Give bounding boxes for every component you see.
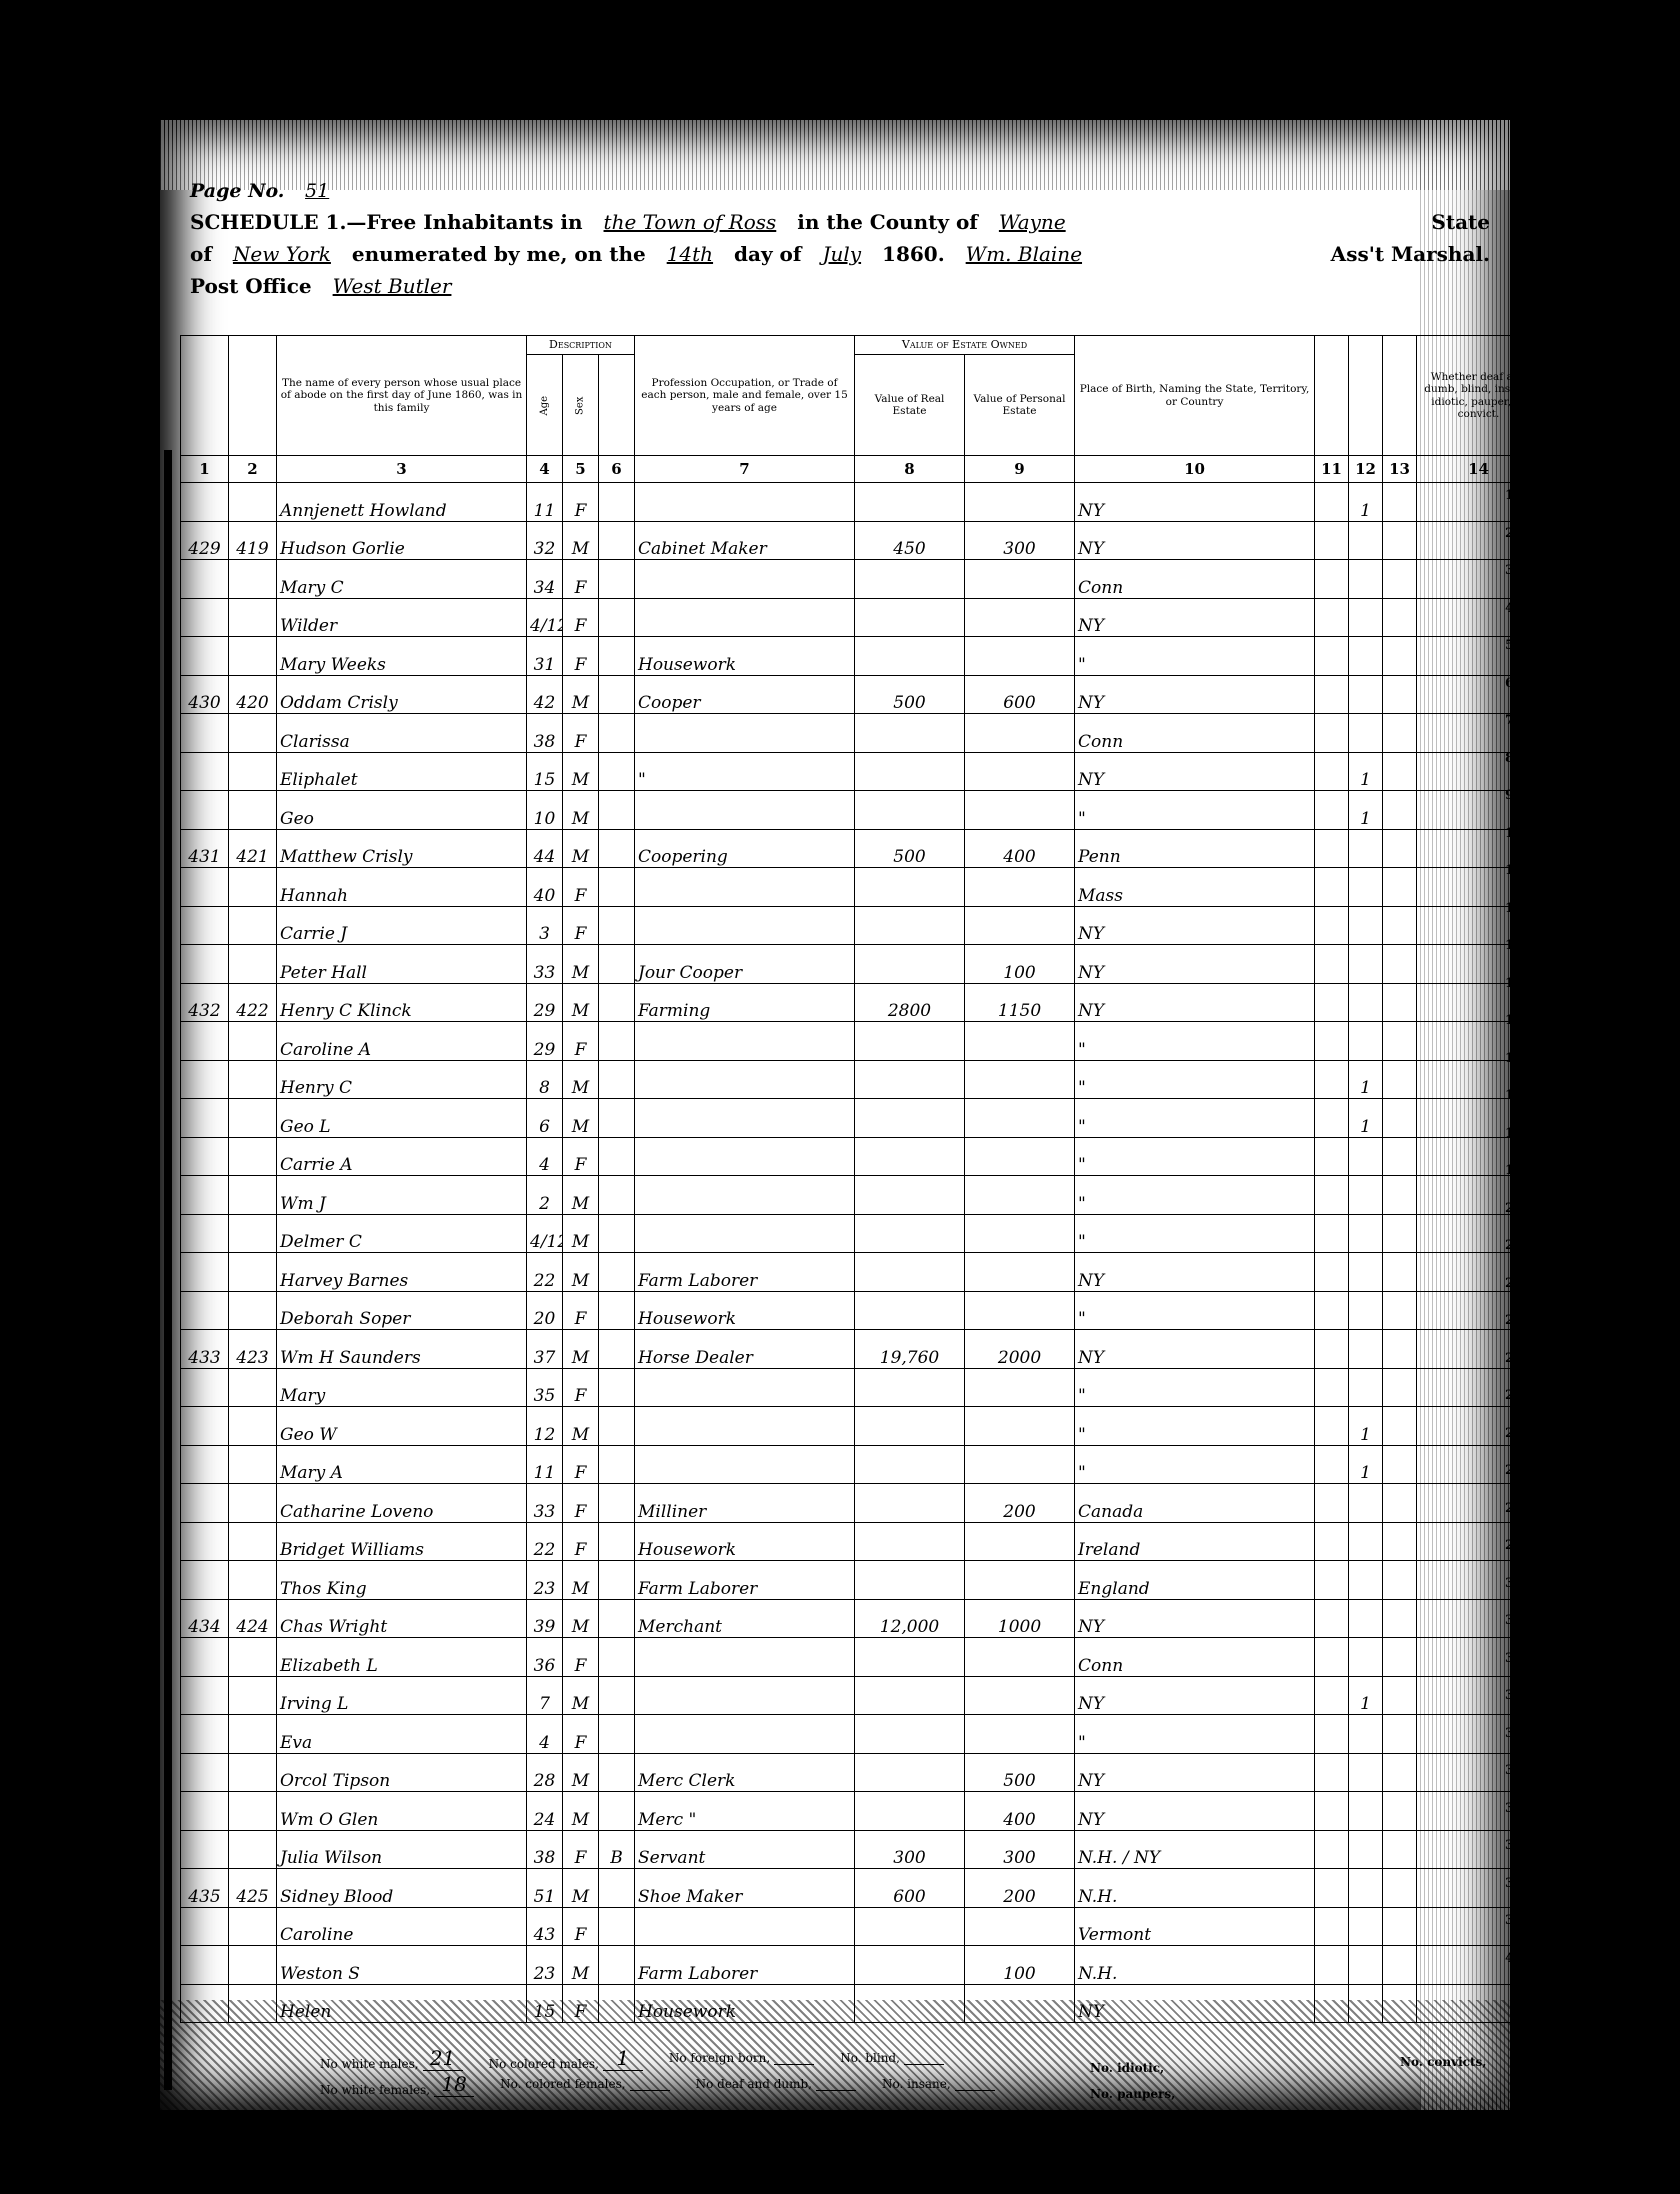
line-number: 18: [1505, 1126, 1535, 1164]
line-number: 7: [1505, 713, 1535, 751]
color: [599, 1792, 635, 1831]
birthplace: ": [1075, 1291, 1315, 1330]
person-name: Caroline A: [277, 1022, 527, 1061]
age: 23: [527, 1946, 563, 1985]
header-married: Married within the year: [1315, 336, 1349, 456]
personal-estate-value: [965, 1638, 1075, 1677]
month-value: July: [808, 242, 875, 266]
color: [599, 1907, 635, 1946]
family-number: [229, 1022, 277, 1061]
person-name: Elizabeth L: [277, 1638, 527, 1677]
marshal-name: Wm. Blaine: [952, 242, 1096, 266]
occupation: [635, 1907, 855, 1946]
married-within-year: [1315, 1522, 1349, 1561]
line-number: 25: [1505, 1388, 1535, 1426]
birthplace: ": [1075, 1715, 1315, 1754]
page-binding-edge: [164, 450, 172, 2090]
enumerated-label: enumerated by me, on the: [352, 242, 646, 266]
age: 28: [527, 1753, 563, 1792]
header-real-estate: Value of Real Estate: [855, 355, 965, 456]
table-row: Harvey Barnes22MFarm LaborerNY: [181, 1253, 1541, 1292]
color: [599, 598, 635, 637]
married-within-year: [1315, 1253, 1349, 1292]
age: 38: [527, 1830, 563, 1869]
birthplace: NY: [1075, 598, 1315, 637]
occupation: [635, 1715, 855, 1754]
age: 4: [527, 1715, 563, 1754]
header-condition: Whether deaf and dumb, blind, insane, id…: [1417, 336, 1541, 456]
person-name: Thos King: [277, 1561, 527, 1600]
table-row: 435425Sidney Blood51MShoe Maker600200N.H…: [181, 1869, 1541, 1908]
table-row: Wm J2M": [181, 1176, 1541, 1215]
attended-school: [1349, 714, 1383, 753]
real-estate-value: [855, 868, 965, 907]
cannot-read-write: [1383, 1060, 1417, 1099]
cannot-read-write: [1383, 521, 1417, 560]
table-row: Mary Weeks31FHousework": [181, 637, 1541, 676]
color: [599, 906, 635, 945]
occupation: [635, 1137, 855, 1176]
table-row: 432422Henry C Klinck29MFarming28001150NY: [181, 983, 1541, 1022]
occupation: [635, 1638, 855, 1677]
attended-school: [1349, 1176, 1383, 1215]
page-label: Page No.: [190, 180, 284, 202]
married-within-year: [1315, 829, 1349, 868]
table-row: Caroline A29F": [181, 1022, 1541, 1061]
real-estate-value: [855, 1253, 965, 1292]
person-name: Annjenett Howland: [277, 483, 527, 522]
dwelling-number: [181, 1561, 229, 1600]
family-number: [229, 1099, 277, 1138]
occupation: Horse Dealer: [635, 1330, 855, 1369]
sex: F: [563, 1522, 599, 1561]
header-personal-estate: Value of Personal Estate: [965, 355, 1075, 456]
dwelling-number: [181, 1907, 229, 1946]
sex: M: [563, 983, 599, 1022]
line-number: 14: [1505, 976, 1535, 1014]
dwelling-number: [181, 1022, 229, 1061]
occupation: Servant: [635, 1830, 855, 1869]
color: [599, 1599, 635, 1638]
personal-estate-value: 400: [965, 1792, 1075, 1831]
cannot-read-write: [1383, 1445, 1417, 1484]
cannot-read-write: [1383, 1368, 1417, 1407]
age: 12: [527, 1407, 563, 1446]
personal-estate-value: 600: [965, 675, 1075, 714]
cannot-read-write: [1383, 1753, 1417, 1792]
color: [599, 945, 635, 984]
age: 29: [527, 1022, 563, 1061]
family-number: [229, 1368, 277, 1407]
family-number: [229, 1445, 277, 1484]
person-name: Geo W: [277, 1407, 527, 1446]
birthplace: NY: [1075, 521, 1315, 560]
line-number: 6: [1505, 676, 1535, 714]
cannot-read-write: [1383, 983, 1417, 1022]
personal-estate-value: [965, 906, 1075, 945]
occupation: Farm Laborer: [635, 1253, 855, 1292]
age: 8: [527, 1060, 563, 1099]
real-estate-value: [855, 1022, 965, 1061]
family-number: 422: [229, 983, 277, 1022]
color: [599, 1753, 635, 1792]
table-row: Geo L6M"1: [181, 1099, 1541, 1138]
dwelling-number: [181, 1137, 229, 1176]
of-label: of: [190, 242, 212, 266]
married-within-year: [1315, 598, 1349, 637]
person-name: Hudson Gorlie: [277, 521, 527, 560]
table-row: 433423Wm H Saunders37MHorse Dealer19,760…: [181, 1330, 1541, 1369]
family-number: 423: [229, 1330, 277, 1369]
sex: M: [563, 1214, 599, 1253]
married-within-year: [1315, 1060, 1349, 1099]
attended-school: [1349, 598, 1383, 637]
real-estate-value: [855, 1522, 965, 1561]
family-number: [229, 1907, 277, 1946]
personal-estate-value: [965, 1368, 1075, 1407]
person-name: Clarissa: [277, 714, 527, 753]
col-num: 11: [1315, 456, 1349, 483]
line-number: 5: [1505, 638, 1535, 676]
scan-noise-bottom: [160, 2000, 1510, 2110]
enumeration-line: of New York enumerated by me, on the 14t…: [190, 242, 1490, 266]
birthplace: Conn: [1075, 1638, 1315, 1677]
color: [599, 1137, 635, 1176]
married-within-year: [1315, 983, 1349, 1022]
color: [599, 1214, 635, 1253]
sex: F: [563, 483, 599, 522]
birthplace: N.H. / NY: [1075, 1830, 1315, 1869]
occupation: [635, 1060, 855, 1099]
color: [599, 637, 635, 676]
person-name: Delmer C: [277, 1214, 527, 1253]
age: 42: [527, 675, 563, 714]
dwelling-number: [181, 1368, 229, 1407]
table-row: Delmer C4/12M": [181, 1214, 1541, 1253]
color: [599, 1484, 635, 1523]
dwelling-number: [181, 1253, 229, 1292]
table-row: Wilder4/12FNY: [181, 598, 1541, 637]
column-number-row: 1 2 3 4 5 6 7 8 9 10 11 12 13 14: [181, 456, 1541, 483]
post-office-label: Post Office: [190, 274, 312, 298]
line-number: 23: [1505, 1313, 1535, 1351]
personal-estate-value: [965, 752, 1075, 791]
marshal-label: Ass't Marshal.: [1331, 242, 1490, 266]
sex: M: [563, 1676, 599, 1715]
county-value: Wayne: [985, 210, 1080, 234]
birthplace: N.H.: [1075, 1869, 1315, 1908]
age: 39: [527, 1599, 563, 1638]
line-number: 40: [1505, 1951, 1535, 1989]
attended-school: [1349, 1214, 1383, 1253]
sex: M: [563, 1099, 599, 1138]
line-number: 8: [1505, 751, 1535, 789]
married-within-year: [1315, 1638, 1349, 1677]
cannot-read-write: [1383, 1291, 1417, 1330]
family-number: [229, 1561, 277, 1600]
age: 35: [527, 1368, 563, 1407]
dwelling-number: [181, 1792, 229, 1831]
family-number: 421: [229, 829, 277, 868]
occupation: Housework: [635, 1291, 855, 1330]
personal-estate-value: 200: [965, 1869, 1075, 1908]
dwelling-number: [181, 1676, 229, 1715]
married-within-year: [1315, 1137, 1349, 1176]
real-estate-value: [855, 483, 965, 522]
occupation: Cabinet Maker: [635, 521, 855, 560]
line-number: 1: [1505, 488, 1535, 526]
dwelling-number: [181, 1484, 229, 1523]
sex: F: [563, 1907, 599, 1946]
person-name: Geo L: [277, 1099, 527, 1138]
color: [599, 1253, 635, 1292]
sex: M: [563, 1946, 599, 1985]
table-row: Clarissa38FConn: [181, 714, 1541, 753]
personal-estate-value: [965, 1253, 1075, 1292]
birthplace: Canada: [1075, 1484, 1315, 1523]
attended-school: [1349, 906, 1383, 945]
married-within-year: [1315, 1176, 1349, 1215]
color: [599, 868, 635, 907]
dwelling-number: 435: [181, 1869, 229, 1908]
col-num: 4: [527, 456, 563, 483]
dwelling-number: [181, 1753, 229, 1792]
person-name: Caroline: [277, 1907, 527, 1946]
color: [599, 791, 635, 830]
table-row: 434424Chas Wright39MMerchant12,0001000NY: [181, 1599, 1541, 1638]
person-name: Henry C: [277, 1060, 527, 1099]
birthplace: ": [1075, 1137, 1315, 1176]
occupation: Farm Laborer: [635, 1946, 855, 1985]
age: 38: [527, 714, 563, 753]
birthplace: ": [1075, 637, 1315, 676]
married-within-year: [1315, 1022, 1349, 1061]
personal-estate-value: 500: [965, 1753, 1075, 1792]
married-within-year: [1315, 1753, 1349, 1792]
sex: F: [563, 1715, 599, 1754]
cannot-read-write: [1383, 637, 1417, 676]
family-number: [229, 1407, 277, 1446]
line-number: 17: [1505, 1088, 1535, 1126]
color: [599, 1445, 635, 1484]
person-name: Eva: [277, 1715, 527, 1754]
real-estate-value: 2800: [855, 983, 965, 1022]
person-name: Catharine Loveno: [277, 1484, 527, 1523]
family-number: [229, 1137, 277, 1176]
person-name: Harvey Barnes: [277, 1253, 527, 1292]
table-row: Julia Wilson38FBServant300300N.H. / NY: [181, 1830, 1541, 1869]
personal-estate-value: [965, 714, 1075, 753]
married-within-year: [1315, 1830, 1349, 1869]
occupation: Merc Clerk: [635, 1753, 855, 1792]
birthplace: Conn: [1075, 560, 1315, 599]
married-within-year: [1315, 1099, 1349, 1138]
header-occupation: Profession Occupation, or Trade of each …: [635, 336, 855, 456]
dwelling-number: [181, 714, 229, 753]
birthplace: NY: [1075, 483, 1315, 522]
attended-school: [1349, 1484, 1383, 1523]
real-estate-value: [855, 1715, 965, 1754]
personal-estate-value: 300: [965, 521, 1075, 560]
personal-estate-value: 400: [965, 829, 1075, 868]
line-number: 13: [1505, 938, 1535, 976]
real-estate-value: [855, 1638, 965, 1677]
real-estate-value: [855, 945, 965, 984]
age: 11: [527, 483, 563, 522]
attended-school: [1349, 675, 1383, 714]
personal-estate-value: [965, 1522, 1075, 1561]
family-number: [229, 752, 277, 791]
age: 4/12: [527, 598, 563, 637]
real-estate-value: [855, 752, 965, 791]
age: 2: [527, 1176, 563, 1215]
married-within-year: [1315, 1330, 1349, 1369]
age: 4/12: [527, 1214, 563, 1253]
age: 15: [527, 752, 563, 791]
color: [599, 1522, 635, 1561]
real-estate-value: [855, 1676, 965, 1715]
post-office-value: West Butler: [319, 274, 466, 298]
married-within-year: [1315, 675, 1349, 714]
married-within-year: [1315, 1291, 1349, 1330]
occupation: Farm Laborer: [635, 1561, 855, 1600]
birthplace: NY: [1075, 675, 1315, 714]
cannot-read-write: [1383, 1830, 1417, 1869]
age: 23: [527, 1561, 563, 1600]
line-number: 9: [1505, 788, 1535, 826]
color: [599, 560, 635, 599]
table-row: Irving L7MNY1: [181, 1676, 1541, 1715]
age: 6: [527, 1099, 563, 1138]
person-name: Hannah: [277, 868, 527, 907]
color: [599, 1368, 635, 1407]
occupation: Merchant: [635, 1599, 855, 1638]
cannot-read-write: [1383, 1792, 1417, 1831]
sex: M: [563, 752, 599, 791]
attended-school: [1349, 1291, 1383, 1330]
person-name: Deborah Soper: [277, 1291, 527, 1330]
dwelling-number: [181, 1715, 229, 1754]
header-illiterate: Persons over 20 y'rs of age who cannot r…: [1383, 336, 1417, 456]
header-dwelling: Dwelling-houses—numbered in the order of…: [181, 336, 229, 456]
cannot-read-write: [1383, 598, 1417, 637]
line-number: 3: [1505, 563, 1535, 601]
occupation: Cooper: [635, 675, 855, 714]
header-color: Color, White, black, or mulatto: [599, 355, 635, 456]
table-row: Eva4F": [181, 1715, 1541, 1754]
personal-estate-value: 300: [965, 1830, 1075, 1869]
married-within-year: [1315, 483, 1349, 522]
birthplace: ": [1075, 791, 1315, 830]
col-num: 10: [1075, 456, 1315, 483]
line-number: 19: [1505, 1163, 1535, 1201]
color: [599, 1099, 635, 1138]
occupation: Shoe Maker: [635, 1869, 855, 1908]
person-name: Carrie J: [277, 906, 527, 945]
person-name: Wilder: [277, 598, 527, 637]
attended-school: [1349, 945, 1383, 984]
real-estate-value: [855, 1060, 965, 1099]
dwelling-number: [181, 598, 229, 637]
age: 33: [527, 1484, 563, 1523]
occupation: [635, 791, 855, 830]
attended-school: [1349, 1330, 1383, 1369]
family-number: [229, 945, 277, 984]
occupation: Milliner: [635, 1484, 855, 1523]
table-row: Caroline43FVermont: [181, 1907, 1541, 1946]
table-row: Henry C8M"1: [181, 1060, 1541, 1099]
personal-estate-value: [965, 868, 1075, 907]
birthplace: NY: [1075, 1792, 1315, 1831]
personal-estate-value: 100: [965, 945, 1075, 984]
color: [599, 1022, 635, 1061]
cannot-read-write: [1383, 483, 1417, 522]
birthplace: NY: [1075, 752, 1315, 791]
schedule-title: SCHEDULE 1.—Free Inhabitants in: [190, 210, 583, 234]
cannot-read-write: [1383, 945, 1417, 984]
color: [599, 1330, 635, 1369]
attended-school: 1: [1349, 1407, 1383, 1446]
family-number: [229, 1715, 277, 1754]
attended-school: [1349, 637, 1383, 676]
real-estate-value: [855, 714, 965, 753]
person-name: Orcol Tipson: [277, 1753, 527, 1792]
color: [599, 1176, 635, 1215]
married-within-year: [1315, 1715, 1349, 1754]
cannot-read-write: [1383, 906, 1417, 945]
age: 34: [527, 560, 563, 599]
family-number: 420: [229, 675, 277, 714]
table-row: Annjenett Howland11FNY1: [181, 483, 1541, 522]
real-estate-value: [855, 1291, 965, 1330]
sex: F: [563, 1291, 599, 1330]
family-number: [229, 1946, 277, 1985]
family-number: 425: [229, 1869, 277, 1908]
real-estate-value: [855, 1946, 965, 1985]
sex: M: [563, 1561, 599, 1600]
color: B: [599, 1830, 635, 1869]
line-number: 4: [1505, 601, 1535, 639]
personal-estate-value: [965, 1137, 1075, 1176]
personal-estate-value: 1000: [965, 1599, 1075, 1638]
person-name: Matthew Crisly: [277, 829, 527, 868]
cannot-read-write: [1383, 1099, 1417, 1138]
table-row: Hannah40FMass: [181, 868, 1541, 907]
married-within-year: [1315, 1407, 1349, 1446]
sex: F: [563, 637, 599, 676]
person-name: Carrie A: [277, 1137, 527, 1176]
dwelling-number: [181, 1830, 229, 1869]
person-name: Mary Weeks: [277, 637, 527, 676]
married-within-year: [1315, 1214, 1349, 1253]
cannot-read-write: [1383, 1676, 1417, 1715]
birthplace: England: [1075, 1561, 1315, 1600]
color: [599, 714, 635, 753]
age: 43: [527, 1907, 563, 1946]
sex: M: [563, 1869, 599, 1908]
header-age: Age: [527, 355, 563, 456]
attended-school: 1: [1349, 1060, 1383, 1099]
col-num: 1: [181, 456, 229, 483]
family-number: [229, 1484, 277, 1523]
family-number: [229, 1522, 277, 1561]
col-num: 3: [277, 456, 527, 483]
real-estate-value: [855, 791, 965, 830]
personal-estate-value: 1150: [965, 983, 1075, 1022]
color: [599, 1946, 635, 1985]
person-name: Bridget Williams: [277, 1522, 527, 1561]
sex: M: [563, 1253, 599, 1292]
